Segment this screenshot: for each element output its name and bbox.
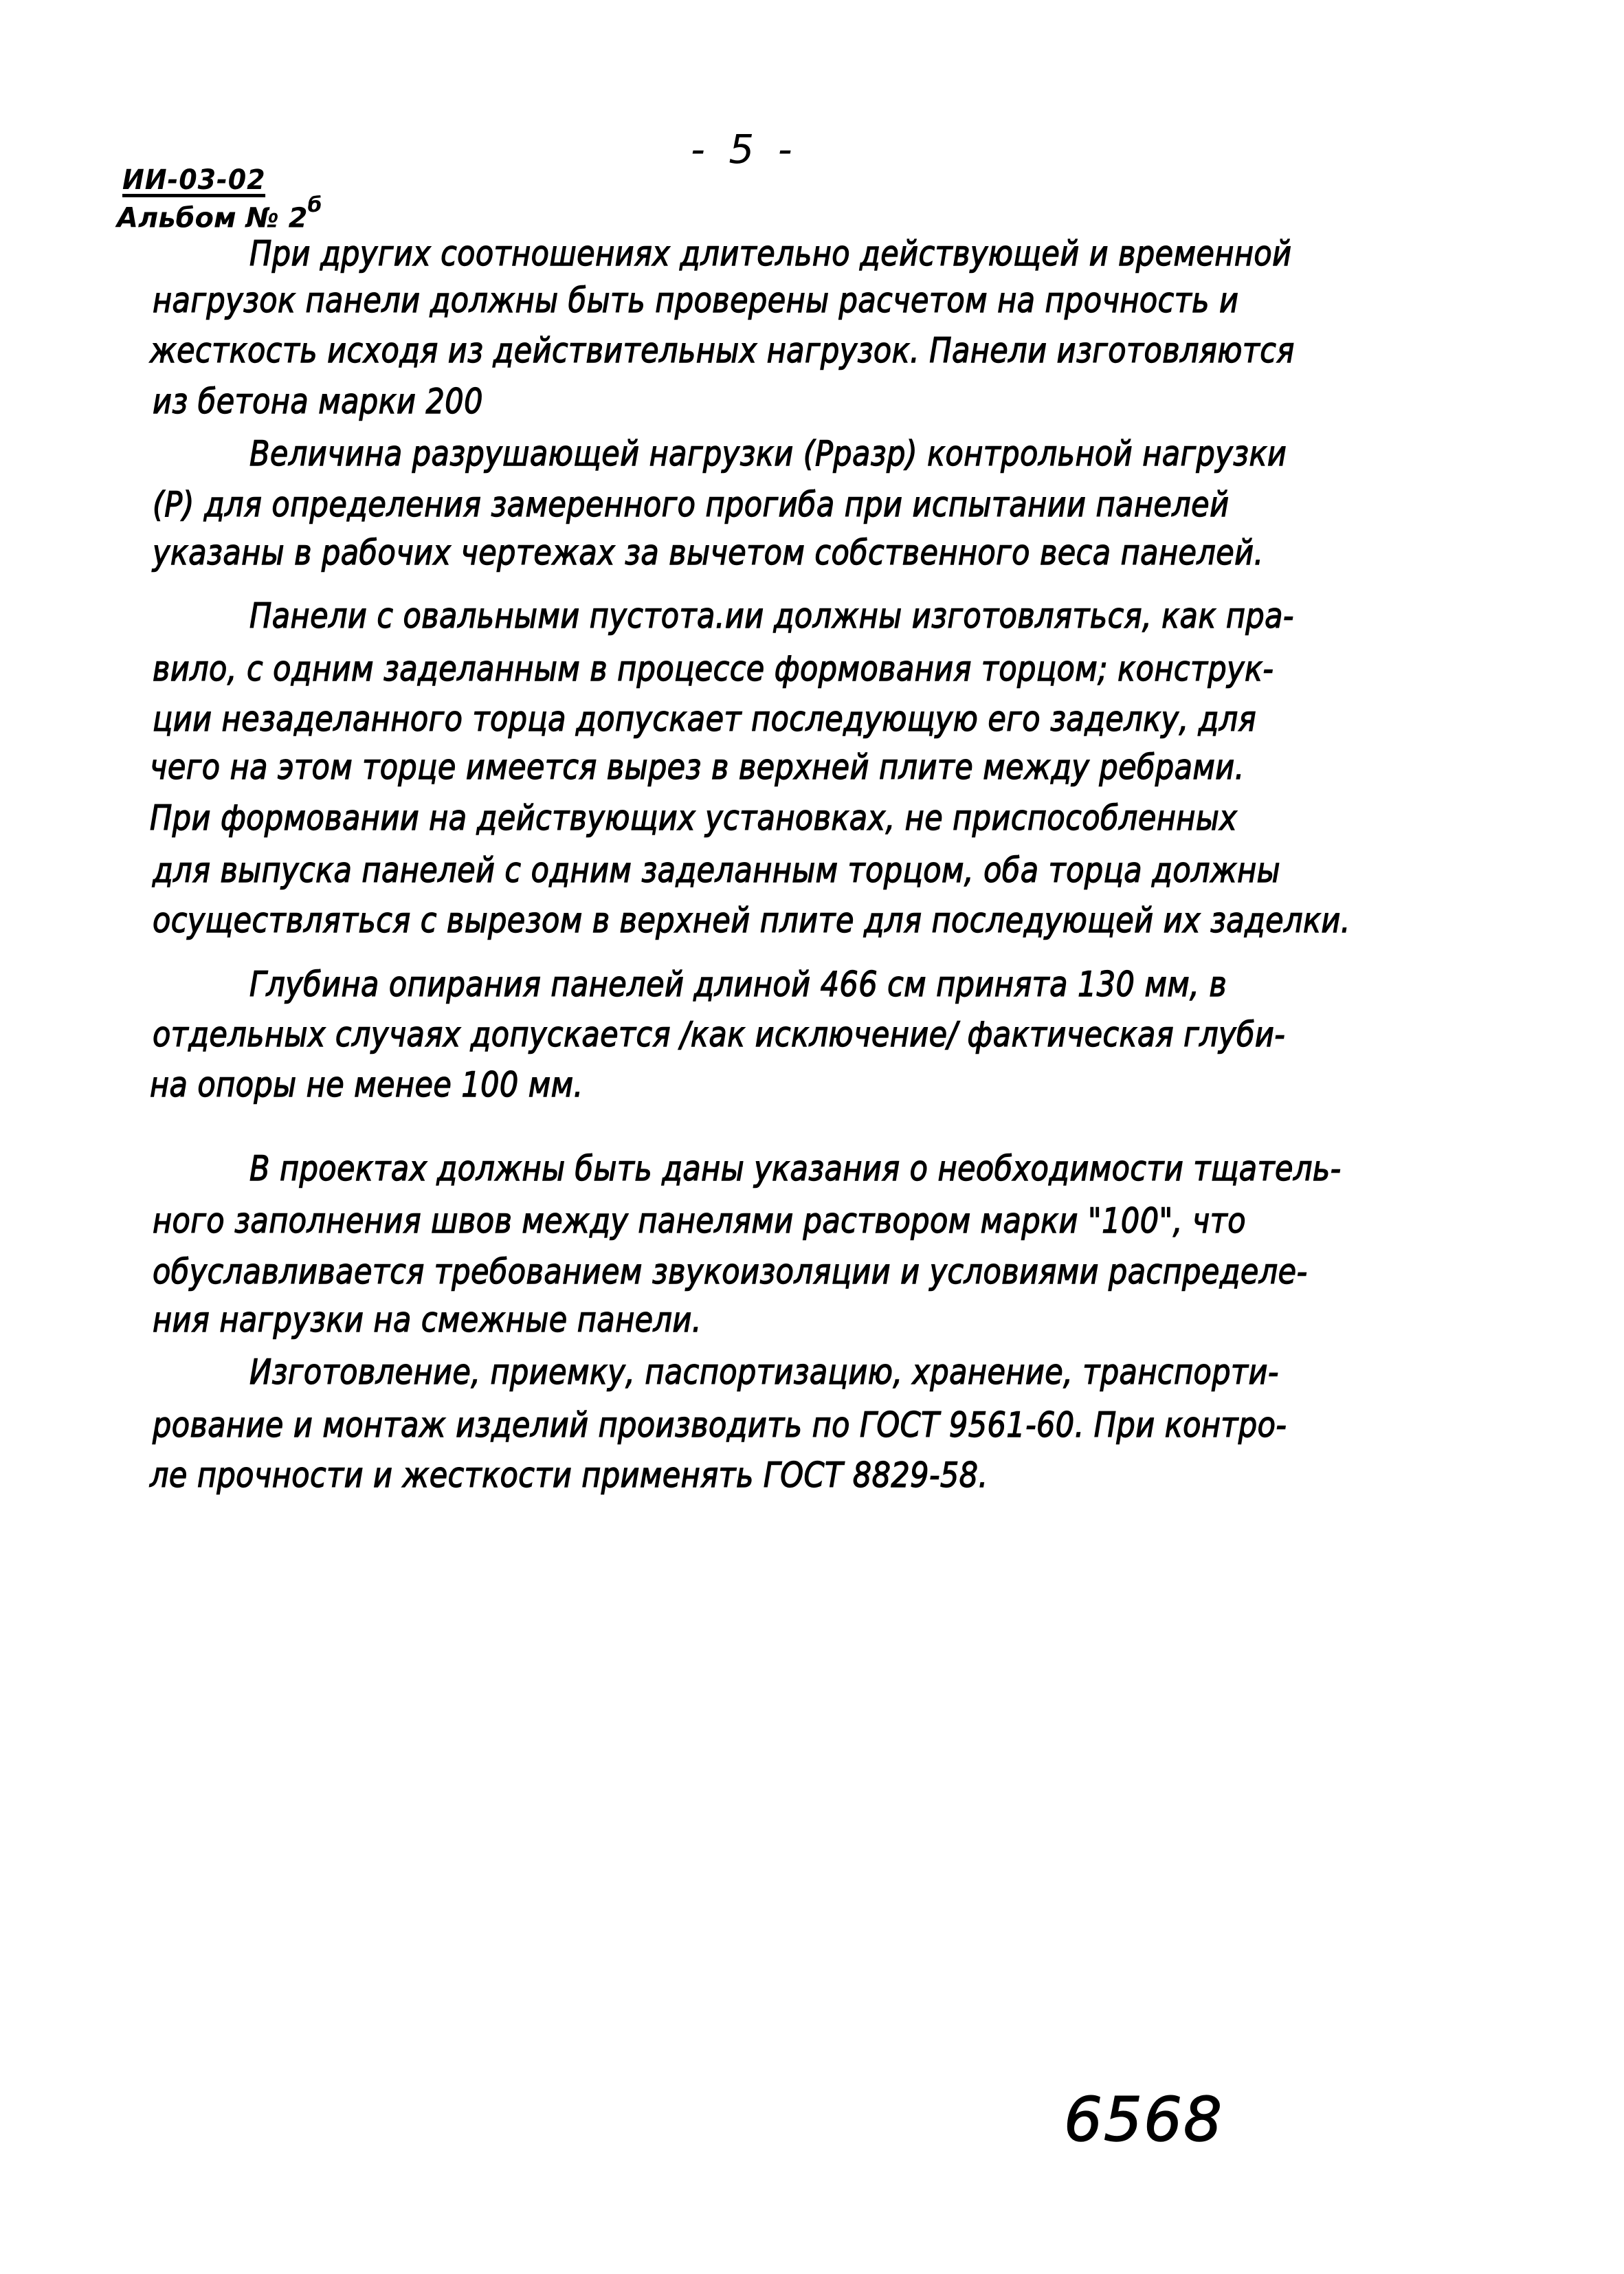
text-line: ния нагрузки на смежные панели. bbox=[153, 1303, 702, 1337]
document-page: - 5 - ИИ-03-02 Альбом № 2б При других со… bbox=[0, 0, 1624, 2274]
text-line: (Р) для определения замеренного прогиба … bbox=[153, 487, 1229, 522]
text-line: нагрузок панели должны быть проверены ра… bbox=[153, 283, 1238, 318]
text-line: осуществляться с вырезом в верхней плите… bbox=[153, 903, 1350, 938]
text-line: ле прочности и жесткости применять ГОСТ … bbox=[150, 1458, 988, 1492]
text-line: ции незаделанного торца допускает послед… bbox=[153, 702, 1256, 736]
text-line: для выпуска панелей с одним заделанным т… bbox=[153, 853, 1280, 887]
text-line: При формовании на действующих установках… bbox=[150, 801, 1237, 835]
text-line: Глубина опирания панелей длиной 466 см п… bbox=[249, 967, 1227, 1002]
album-suffix: б bbox=[307, 193, 322, 217]
text-line: жесткость исходя из действительных нагру… bbox=[150, 333, 1295, 368]
text-line: Изготовление, приемку, паспортизацию, хр… bbox=[249, 1355, 1279, 1389]
page-number: - 5 - bbox=[691, 129, 798, 169]
album-label-text: Альбом № bbox=[117, 202, 279, 234]
text-line: ного заполнения швов между панелями раст… bbox=[153, 1204, 1246, 1238]
text-line: При других соотношениях длительно действ… bbox=[249, 236, 1292, 271]
document-code: ИИ-03-02 bbox=[122, 166, 266, 197]
text-line: обуславливается требованием звукоизоляци… bbox=[153, 1255, 1308, 1289]
text-line: на опоры не менее 100 мм. bbox=[150, 1068, 583, 1102]
text-line: Величина разрушающей нагрузки (Рразр) ко… bbox=[249, 437, 1287, 471]
text-line: В проектах должны быть даны указания о н… bbox=[249, 1151, 1342, 1186]
text-line: Панели с овальными пустота.ии должны изг… bbox=[249, 599, 1294, 633]
text-line: из бетона марки 200 bbox=[153, 384, 483, 419]
text-line: рование и монтаж изделий производить по … bbox=[153, 1408, 1287, 1442]
album-label: Альбом № 2б bbox=[117, 201, 322, 232]
sheet-number: 6568 bbox=[1064, 2090, 1223, 2150]
text-line: чего на этом торце имеется вырез в верхн… bbox=[150, 750, 1245, 784]
text-line: отдельных случаях допускается /как исклю… bbox=[153, 1017, 1285, 1052]
album-number: 2 bbox=[289, 202, 308, 234]
text-line: указаны в рабочих чертежах за вычетом со… bbox=[153, 536, 1264, 570]
text-line: вило, с одним заделанным в процессе форм… bbox=[153, 652, 1273, 686]
